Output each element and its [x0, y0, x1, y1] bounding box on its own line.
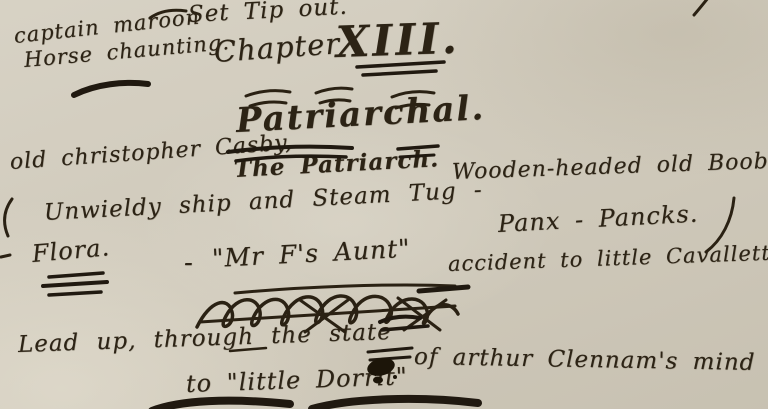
top-memo-text: Set Tip out.	[187, 0, 348, 27]
correction-bar-1	[368, 348, 412, 352]
chapter-numeral: XIII.	[335, 18, 460, 65]
chapter-word: Chapter	[213, 29, 341, 67]
flora-dash: -	[184, 250, 194, 276]
margin-dash-flora	[1, 255, 10, 257]
cutoff-stroke-bottom-2	[312, 399, 478, 409]
lead-line-right: of arthur Clennam's mind	[414, 346, 756, 375]
flora-underline-2	[43, 282, 107, 286]
scribble-cross-2b	[404, 300, 446, 330]
flora-underline-1	[49, 273, 103, 277]
cutoff-stroke-top-right	[694, 0, 708, 15]
accident-heavy-dash	[419, 287, 468, 291]
casby-line-right: Wooden-headed old Booby	[452, 150, 768, 184]
heading-breve-1a	[246, 91, 290, 96]
tug-line-right: Panx - Pancks.	[497, 202, 698, 236]
manuscript-page: Set Tip out. captain maroon Horse chaunt…	[0, 0, 768, 409]
tug-line-left: Unwieldy ship and Steam Tug -	[43, 179, 483, 225]
numeral-underline-2	[363, 71, 436, 75]
cavalletto-note: accident to little Cavalletto.	[448, 242, 768, 275]
paren-stroke-tug-line	[5, 199, 12, 236]
correction-bar-2	[370, 357, 410, 360]
aunt-underline	[235, 285, 455, 293]
closing-line: to "little Dorrit"	[186, 364, 409, 396]
mr-fs-aunt-quote: "Mr F's Aunt"	[211, 236, 411, 271]
scribble-cross-2a	[398, 298, 440, 330]
heading-breve-2a	[316, 88, 352, 93]
flora-word: Flora.	[31, 235, 111, 266]
lead-line-left: Lead up, through the state	[18, 321, 393, 357]
margin-note-flourish	[74, 83, 148, 95]
scribble-strike	[200, 306, 455, 322]
flora-underline-3	[49, 292, 101, 295]
cutoff-stroke-bottom-1	[152, 401, 290, 409]
